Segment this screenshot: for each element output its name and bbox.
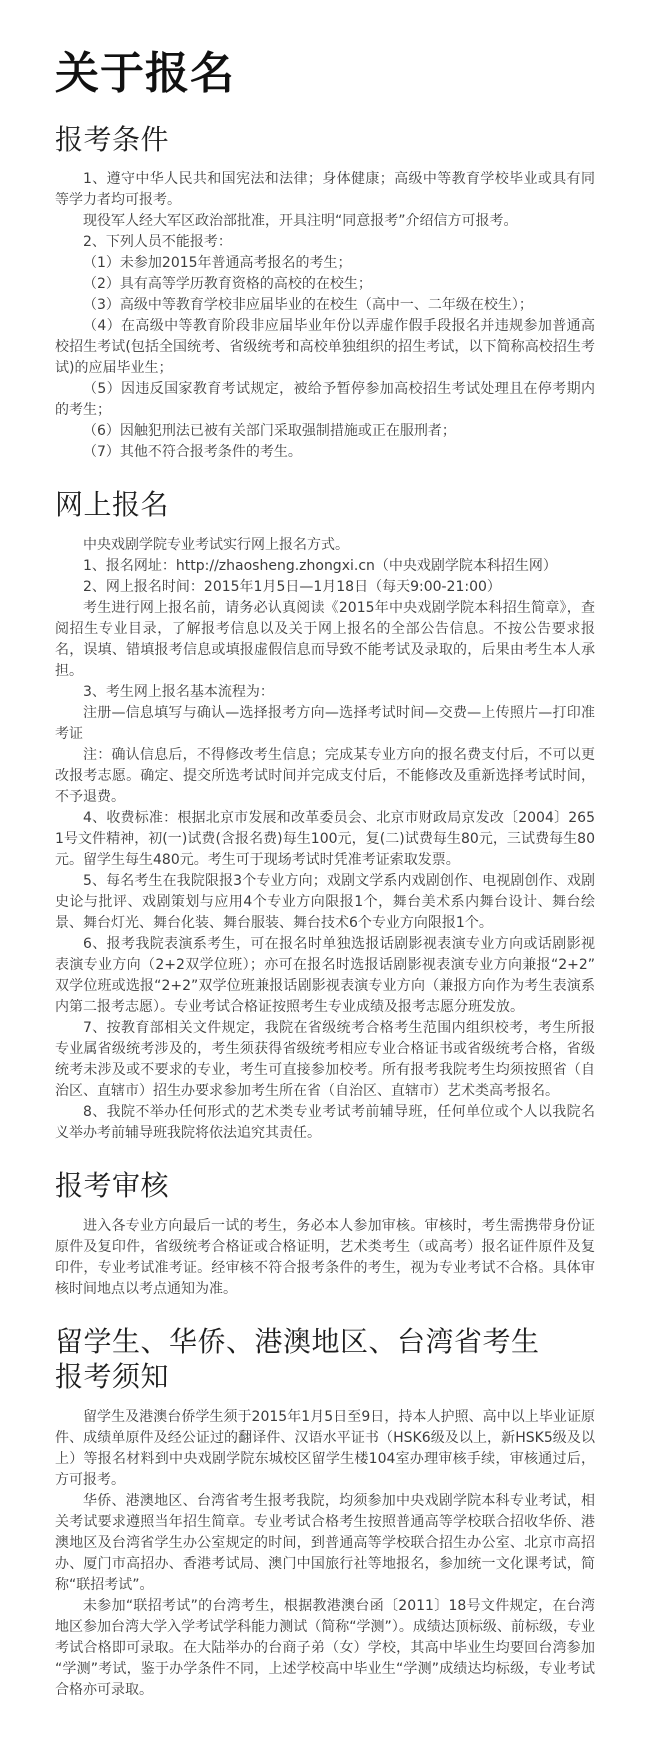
paragraph: 5、每名考生在我院限报3个专业方向；戏剧文学系内戏剧创作、电视剧创作、戏剧史论与…: [55, 871, 595, 934]
paragraph: 3、考生网上报名基本流程为：: [55, 682, 595, 703]
paragraph: 进入各专业方向最后一试的考生，务必本人参加审核。审核时，考生需携带身份证原件及复…: [55, 1216, 595, 1300]
paragraph: （1）未参加2015年普通高考报名的考生；: [55, 253, 595, 274]
section-online-registration-paragraphs: 中央戏剧学院专业考试实行网上报名方式。1、报名网址：http://zhaoshe…: [55, 535, 595, 1144]
paragraph: 注：确认信息后，不得修改考生信息；完成某专业方向的报名费支付后，不可以更改报考志…: [55, 745, 595, 808]
paragraph: 中央戏剧学院专业考试实行网上报名方式。: [55, 535, 595, 556]
section-online-registration: 网上报名 中央戏剧学院专业考试实行网上报名方式。1、报名网址：http://zh…: [55, 490, 595, 1144]
paragraph: （4）在高级中等教育阶段非应届毕业年份以弄虚作假手段报名并违规参加普通高校招生考…: [55, 316, 595, 379]
paragraph: 2、下列人员不能报考：: [55, 232, 595, 253]
paragraph: 7、按教育部相关文件规定，我院在省级统考合格考生范围内组织校考，考生所报专业属省…: [55, 1018, 595, 1102]
section-heading-overseas-notice-line1: 留学生、华侨、港澳地区、台湾省考生: [55, 1327, 595, 1357]
paragraph: 2、网上报名时间：2015年1月5日—1月18日（每天9:00-21:00）: [55, 577, 595, 598]
paragraph: （6）因触犯刑法已被有关部门采取强制措施或正在服刑者；: [55, 421, 595, 442]
paragraph: （3）高级中等教育学校非应届毕业的在校生（高中一、二年级在校生）；: [55, 295, 595, 316]
paragraph: 考生进行网上报名前，请务必认真阅读《2015年中央戏剧学院本科招生简章》，查阅招…: [55, 598, 595, 682]
section-heading-eligibility: 报考条件: [55, 125, 595, 155]
section-review-paragraphs: 进入各专业方向最后一试的考生，务必本人参加审核。审核时，考生需携带身份证原件及复…: [55, 1216, 595, 1300]
document: 关于报名 报考条件 1、遵守中华人民共和国宪法和法律；身体健康；高级中等教育学校…: [0, 0, 650, 1756]
paragraph: 8、我院不举办任何形式的艺术类专业考试考前辅导班，任何单位或个人以我院名义举办考…: [55, 1102, 595, 1144]
section-eligibility-paragraphs: 1、遵守中华人民共和国宪法和法律；身体健康；高级中等教育学校毕业或具有同等学力者…: [55, 169, 595, 463]
section-review: 报考审核 进入各专业方向最后一试的考生，务必本人参加审核。审核时，考生需携带身份…: [55, 1171, 595, 1300]
section-overseas-notice: 留学生、华侨、港澳地区、台湾省考生 报考须知 留学生及港澳台侨学生须于2015年…: [55, 1327, 595, 1701]
section-heading-online-registration: 网上报名: [55, 490, 595, 520]
section-overseas-notice-paragraphs: 留学生及港澳台侨学生须于2015年1月5日至9日，持本人护照、高中以上毕业证原件…: [55, 1407, 595, 1701]
section-heading-review: 报考审核: [55, 1171, 595, 1201]
paragraph: 6、报考我院表演系考生，可在报名时单独选报话剧影视表演专业方向或话剧影视表演专业…: [55, 934, 595, 1018]
paragraph: （7）其他不符合报考条件的考生。: [55, 442, 595, 463]
section-heading-overseas-notice-line2: 报考须知: [55, 1362, 595, 1392]
paragraph: （2）具有高等学历教育资格的高校的在校生；: [55, 274, 595, 295]
paragraph: 1、报名网址：http://zhaosheng.zhongxi.cn（中央戏剧学…: [55, 556, 595, 577]
section-heading-overseas-notice: 留学生、华侨、港澳地区、台湾省考生 报考须知: [55, 1327, 595, 1392]
paragraph: 注册—信息填写与确认—选择报考方向—选择考试时间—交费—上传照片—打印准考证: [55, 703, 595, 745]
page-title: 关于报名: [55, 50, 595, 98]
paragraph: 4、收费标准：根据北京市发展和改革委员会、北京市财政局京发改〔2004〕2651…: [55, 808, 595, 871]
paragraph: 未参加“联招考试”的台湾考生，根据教港澳台函〔2011〕18号文件规定，在台湾地…: [55, 1596, 595, 1701]
paragraph: （5）因违反国家教育考试规定，被给予暂停参加高校招生考试处理且在停考期内的考生；: [55, 379, 595, 421]
paragraph: 1、遵守中华人民共和国宪法和法律；身体健康；高级中等教育学校毕业或具有同等学力者…: [55, 169, 595, 211]
paragraph: 华侨、港澳地区、台湾省考生报考我院，均须参加中央戏剧学院本科专业考试，相关考试要…: [55, 1491, 595, 1596]
section-eligibility: 报考条件 1、遵守中华人民共和国宪法和法律；身体健康；高级中等教育学校毕业或具有…: [55, 125, 595, 464]
paragraph: 现役军人经大军区政治部批准，开具注明“同意报考”介绍信方可报考。: [55, 211, 595, 232]
paragraph: 留学生及港澳台侨学生须于2015年1月5日至9日，持本人护照、高中以上毕业证原件…: [55, 1407, 595, 1491]
